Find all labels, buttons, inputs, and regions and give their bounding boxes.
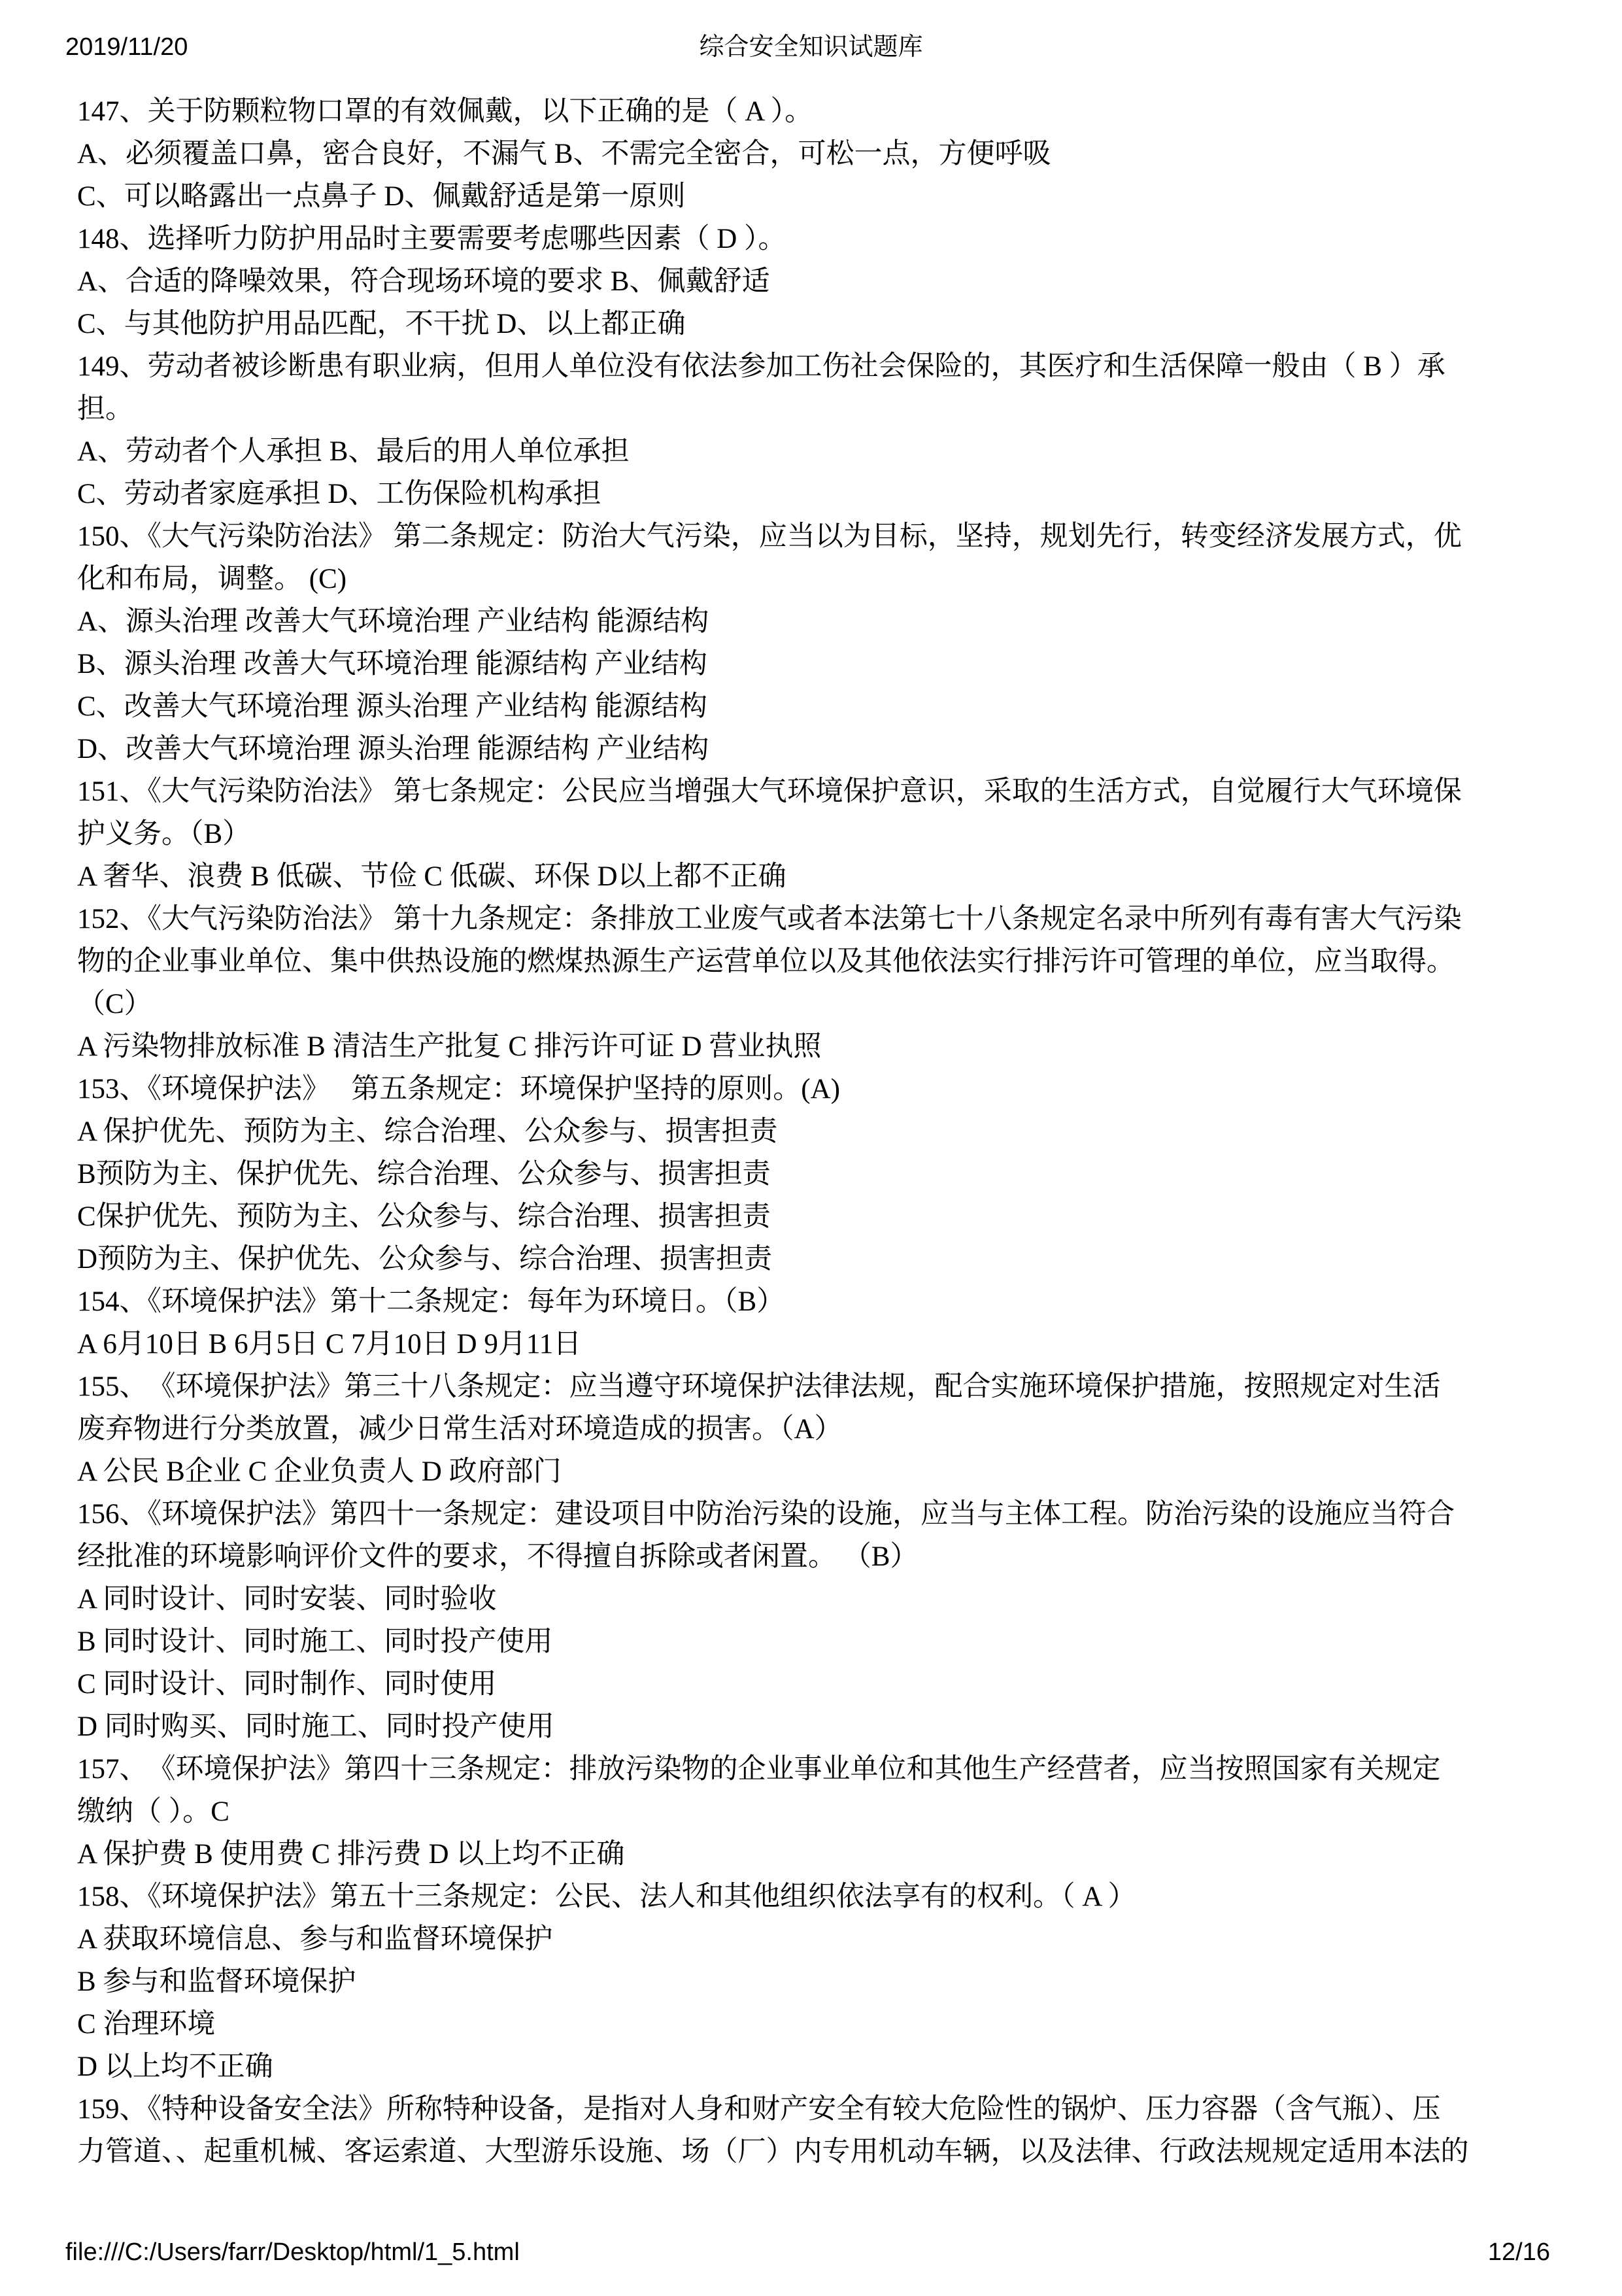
content: 147、关于防颗粒物口罩的有效佩戴，以下正确的是（ A ）。A、必须覆盖口鼻，密… <box>77 90 1558 2173</box>
text-line: D 同时购买、同时施工、同时投产使用 <box>77 1705 1558 1748</box>
header-title: 综合安全知识试题库 <box>699 33 922 61</box>
text-line: 153、《环境保护法》 第五条规定：环境保护坚持的原则。(A) <box>77 1068 1558 1110</box>
text-line: A 6月10日 B 6月5日 C 7月10日 D 9月11日 <box>77 1323 1558 1365</box>
text-line: 151、《大气污染防治法》 第七条规定：公民应当增强大气环境保护意识，采取的生活… <box>77 770 1558 813</box>
text-line: C、劳动者家庭承担 D、工伤保险机构承担 <box>77 473 1558 515</box>
text-line: 147、关于防颗粒物口罩的有效佩戴，以下正确的是（ A ）。 <box>77 90 1558 133</box>
text-line: 150、《大气污染防治法》 第二条规定：防治大气污染，应当以为目标，坚持，规划先… <box>77 515 1558 558</box>
text-line: 物的企业事业单位、集中供热设施的燃煤热源生产运营单位以及其他依法实行排污许可管理… <box>77 940 1558 983</box>
text-line: A 保护费 B 使用费 C 排污费 D 以上均不正确 <box>77 1833 1558 1876</box>
text-line: A 奢华、浪费 B 低碳、节俭 C 低碳、环保 D以上都不正确 <box>77 855 1558 898</box>
text-line: D、改善大气环境治理 源头治理 能源结构 产业结构 <box>77 728 1558 770</box>
text-line: 155、 《环境保护法》第三十八条规定：应当遵守环境保护法律法规，配合实施环境保… <box>77 1365 1558 1408</box>
text-line: A 保护优先、预防为主、综合治理、公众参与、损害担责 <box>77 1110 1558 1153</box>
text-line: C、改善大气环境治理 源头治理 产业结构 能源结构 <box>77 685 1558 728</box>
text-line: 157、 《环境保护法》第四十三条规定：排放污染物的企业事业单位和其他生产经营者… <box>77 1748 1558 1791</box>
text-line: C 治理环境 <box>77 2003 1558 2046</box>
text-line: B 同时设计、同时施工、同时投产使用 <box>77 1620 1558 1663</box>
print-header: 2019/11/20 综合安全知识试题库 <box>65 33 1557 61</box>
footer-page-indicator: 12/16 <box>1488 2237 1550 2267</box>
text-line: A、必须覆盖口鼻，密合良好，不漏气 B、不需完全密合，可松一点，方便呼吸 <box>77 133 1558 175</box>
header-date: 2019/11/20 <box>65 33 188 61</box>
text-line: B预防为主、保护优先、综合治理、公众参与、损害担责 <box>77 1153 1558 1195</box>
text-line: （C） <box>77 983 1558 1025</box>
text-line: A 同时设计、同时安装、同时验收 <box>77 1578 1558 1620</box>
text-line: 担。 <box>77 388 1558 430</box>
text-line: 148、选择听力防护用品时主要需要考虑哪些因素（ D ）。 <box>77 218 1558 260</box>
text-line: 化和布局，调整。 (C) <box>77 558 1558 600</box>
text-line: C、与其他防护用品匹配，不干扰 D、以上都正确 <box>77 303 1558 345</box>
text-line: B、源头治理 改善大气环境治理 能源结构 产业结构 <box>77 643 1558 685</box>
text-line: C保护优先、预防为主、公众参与、综合治理、损害担责 <box>77 1195 1558 1238</box>
footer-file-url: file:///C:/Users/farr/Desktop/html/1_5.h… <box>65 2237 520 2267</box>
text-line: 经批准的环境影响评价文件的要求，不得擅自拆除或者闲置。 （B） <box>77 1535 1558 1578</box>
text-line: 149、劳动者被诊断患有职业病，但用人单位没有依法参加工伤社会保险的，其医疗和生… <box>77 345 1558 388</box>
text-line: A、劳动者个人承担 B、最后的用人单位承担 <box>77 430 1558 473</box>
text-line: 152、《大气污染防治法》 第十九条规定：条排放工业废气或者本法第七十八条规定名… <box>77 898 1558 940</box>
text-line: A 获取环境信息、参与和监督环境保护 <box>77 1918 1558 1961</box>
print-footer: file:///C:/Users/farr/Desktop/html/1_5.h… <box>65 2237 1550 2267</box>
text-line: 缴纳（ ）。C <box>77 1791 1558 1833</box>
text-line: C 同时设计、同时制作、同时使用 <box>77 1663 1558 1705</box>
text-line: 废弃物进行分类放置，减少日常生活对环境造成的损害。（A） <box>77 1408 1558 1450</box>
text-line: 护义务。（B） <box>77 813 1558 855</box>
text-line: A、源头治理 改善大气环境治理 产业结构 能源结构 <box>77 600 1558 643</box>
text-line: 154、《环境保护法》第十二条规定：每年为环境日。（B） <box>77 1280 1558 1323</box>
text-line: B 参与和监督环境保护 <box>77 1961 1558 2003</box>
text-line: C、可以略露出一点鼻子 D、佩戴舒适是第一原则 <box>77 175 1558 218</box>
text-line: 156、《环境保护法》第四十一条规定：建设项目中防治污染的设施，应当与主体工程。… <box>77 1493 1558 1535</box>
text-line: D 以上均不正确 <box>77 2046 1558 2088</box>
text-line: D预防为主、保护优先、公众参与、综合治理、损害担责 <box>77 1238 1558 1280</box>
text-line: 力管道、、起重机械、客运索道、大型游乐设施、场（厂）内专用机动车辆，以及法律、行… <box>77 2131 1558 2173</box>
text-line: A 污染物排放标准 B 清洁生产批复 C 排污许可证 D 营业执照 <box>77 1025 1558 1068</box>
text-line: 159、《特种设备安全法》所称特种设备，是指对人身和财产安全有较大危险性的锅炉、… <box>77 2088 1558 2131</box>
text-line: A 公民 B企业 C 企业负责人 D 政府部门 <box>77 1450 1558 1493</box>
text-line: A、合适的降噪效果，符合现场环境的要求 B、佩戴舒适 <box>77 260 1558 303</box>
text-line: 158、《环境保护法》第五十三条规定：公民、法人和其他组织依法享有的权利。（ A… <box>77 1876 1558 1918</box>
